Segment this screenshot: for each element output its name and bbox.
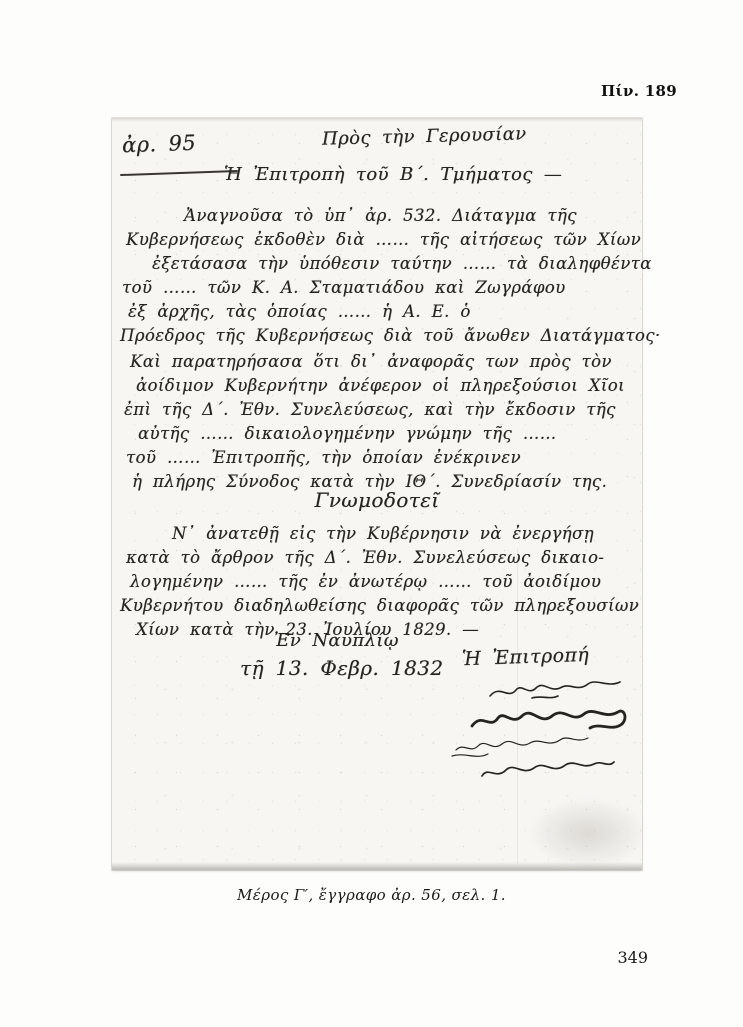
place-line: Ἐν Ναυπλίῳ: [274, 630, 399, 651]
signature-block: [412, 674, 637, 794]
verdict-word: Γνωμοδοτεῖ: [112, 488, 642, 512]
handwriting-line: τοῦ …… τῶν Κ. Α. Σταματιάδου καὶ Ζωγράφο…: [122, 276, 566, 300]
handwriting-line: Κυβερνήσεως ἐκδοθὲν διὰ …… τῆς αἰτήσεως …: [126, 228, 641, 252]
handwriting-line: Κυβερνήτου διαδηλωθείσης διαφορᾶς τῶν πλ…: [120, 594, 639, 618]
handwriting-line: Ἀναγνοῦσα τὸ ὑπ᾽ ἀρ. 532. Διάταγμα τῆς: [184, 204, 577, 228]
handwriting-line: Καὶ παρατηρήσασα ὅτι δι᾽ ἀναφορᾶς των πρ…: [130, 350, 612, 374]
handwriting-line: ἀοίδιμον Κυβερνήτην ἀνέφερον οἱ πληρεξού…: [136, 374, 625, 398]
paper-fold: [517, 548, 518, 864]
scan-smudge: [528, 798, 648, 868]
handwriting-line: Πρόεδρος τῆς Κυβερνήσεως διὰ τοῦ ἄνωθεν …: [120, 324, 661, 348]
manuscript-scan: ἀρ. 95 Πρὸς τὴν Γερουσίαν Ἡ Ἐπιτροπὴ τοῦ…: [112, 118, 642, 870]
handwriting-line: ἐπὶ τῆς Δ΄. Ἐθν. Συνελεύσεως, καὶ τὴν ἔκ…: [124, 398, 616, 422]
signature-last: [482, 762, 614, 776]
signature-ainian: [490, 682, 620, 698]
handwriting-line: ἐξετάσασα τὴν ὑπόθεσιν ταύτην …… τὰ διαλ…: [152, 252, 652, 276]
page-number: 349: [617, 948, 648, 967]
handwriting-line: αὐτῆς …… δικαιολογημένην γνώμην τῆς ……: [138, 422, 557, 446]
committee-line: Ἡ Ἐπιτροπή: [462, 644, 590, 670]
handwriting-line: λογημένην …… τῆς ἐν ἀνωτέρῳ …… τοῦ ἀοιδί…: [130, 570, 601, 594]
address-line: Πρὸς τὴν Γερουσίαν: [322, 123, 527, 149]
handwriting-line: ἐξ ἀρχῆς, τὰς ὁποίας …… ἡ Α. Ε. ὁ: [128, 300, 471, 324]
signature-strokes: [412, 674, 637, 794]
figure-caption: Μέρος Γ′, ἔγγραφο ἀρ. 56, σελ. 1.: [0, 886, 743, 904]
ref-number: ἀρ. 95: [122, 131, 197, 158]
plate-label: Πίν. 189: [601, 82, 677, 100]
handwriting-line: Ν᾽ ἀνατεθῇ εἰς τὴν Κυβέρνησιν νὰ ἐνεργήσ…: [172, 522, 594, 546]
ref-underline: [120, 170, 238, 176]
signature-main: [472, 711, 625, 728]
handwriting-line: τοῦ …… Ἐπιτροπῆς, τὴν ὁποίαν ἐνέκρινεν: [126, 446, 521, 470]
handwriting-line: κατὰ τὸ ἄρθρον τῆς Δ΄. Ἐθν. Συνελεύσεως …: [126, 546, 604, 570]
sender-line: Ἡ Ἐπιτροπὴ τοῦ Β΄. Τμήματος —: [224, 164, 562, 185]
signature-small: [452, 738, 588, 756]
